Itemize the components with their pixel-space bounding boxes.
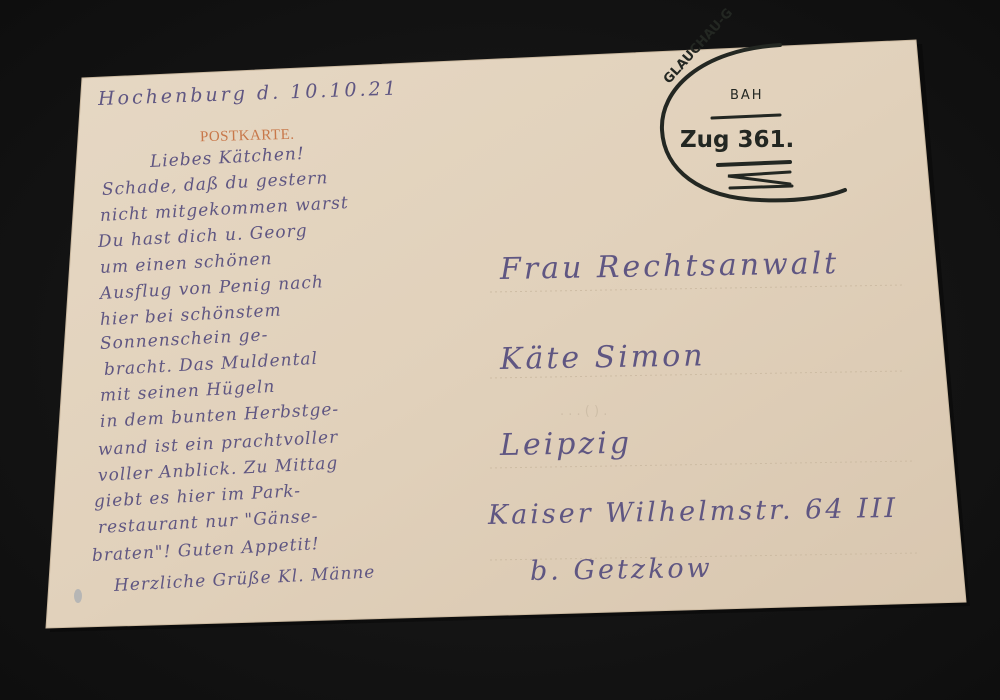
postcard-body xyxy=(46,40,966,628)
svg-text:. . . ( ) .: . . . ( ) . xyxy=(560,404,607,419)
photo-scene: . . . ( ) . GLAUCHAU-G BAH Zug 361. POST… xyxy=(0,0,1000,700)
postcard-card: . . . ( ) . xyxy=(0,0,1000,700)
